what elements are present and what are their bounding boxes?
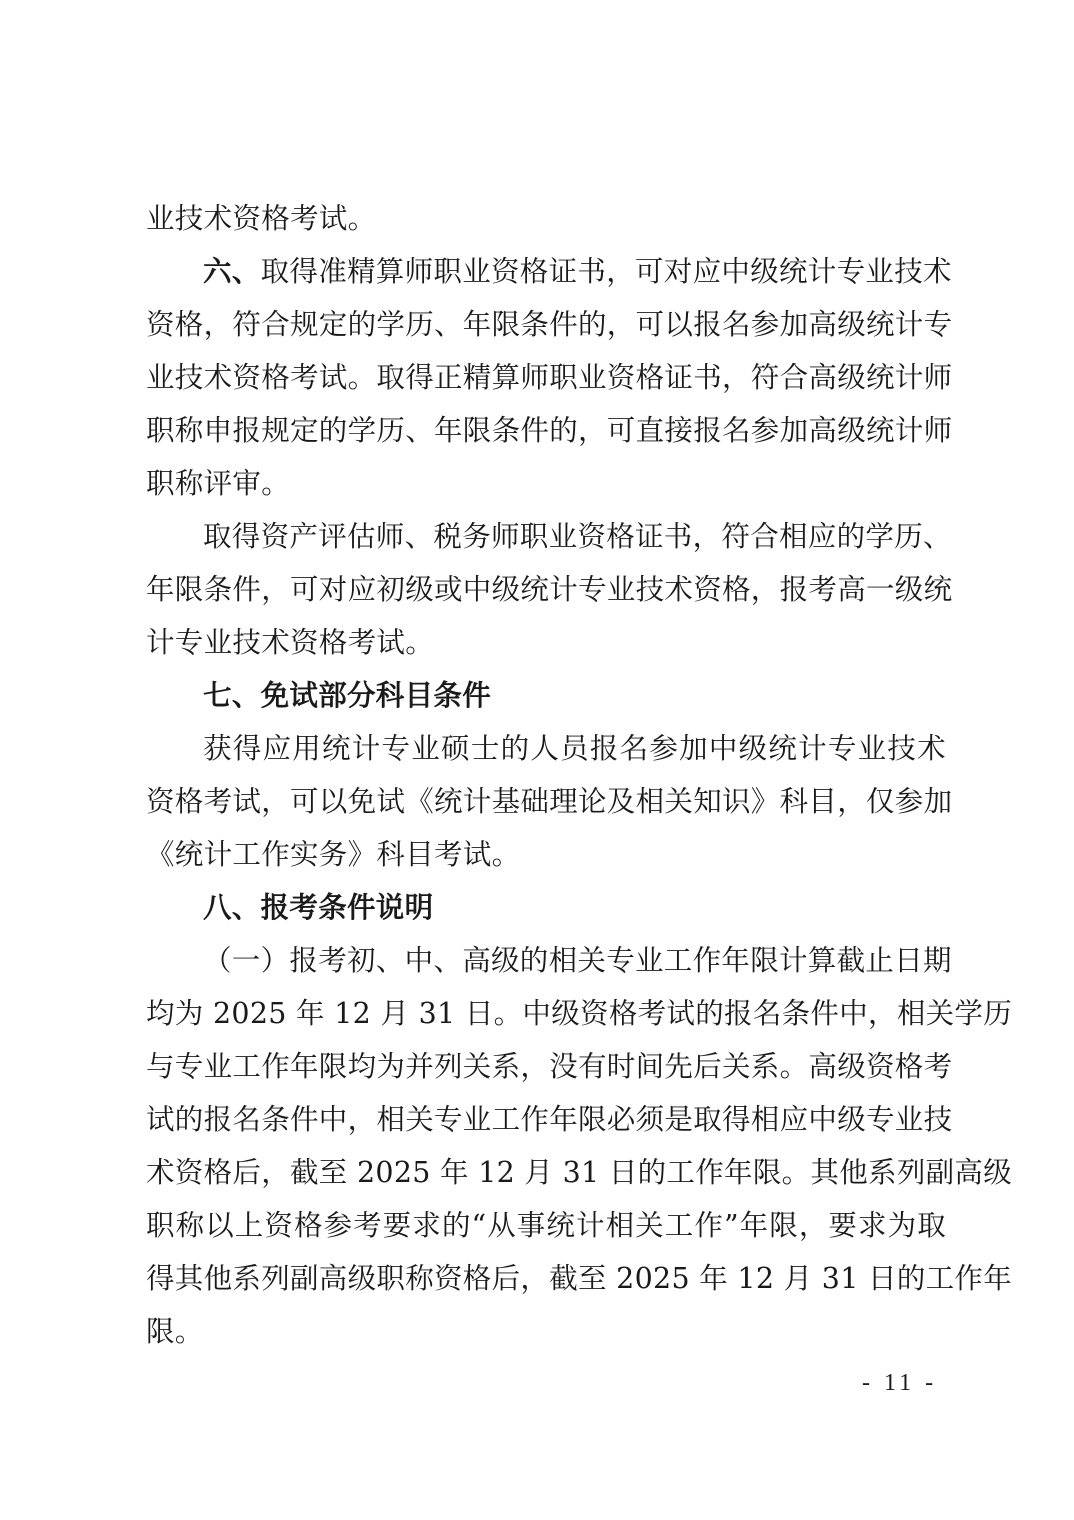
text-line: 获得应用统计专业硕士的人员报名参加中级统计专业技术: [203, 731, 946, 767]
text-line: 职称申报规定的学历、年限条件的，可直接报名参加高级统计师: [146, 413, 946, 449]
text-line: 年限条件，可对应初级或中级统计专业技术资格，报考高一级统: [146, 572, 946, 608]
section-heading-7: 七、免试部分科目条件: [203, 678, 946, 714]
text-line: 业技术资格考试。: [146, 201, 946, 237]
text-line: 《统计工作实务》科目考试。: [146, 837, 946, 873]
text-line: 试的报名条件中，相关专业工作年限必须是取得相应中级专业技: [146, 1102, 946, 1138]
text-line: 资格，符合规定的学历、年限条件的，可以报名参加高级统计专: [146, 307, 946, 343]
text-line: （一）报考初、中、高级的相关专业工作年限计算截止日期: [203, 943, 946, 979]
text-line-content: 取得准精算师职业资格证书，可对应中级统计专业技术: [261, 255, 952, 288]
text-line: 取得资产评估师、税务师职业资格证书，符合相应的学历、: [203, 519, 946, 555]
text-line: 限。: [146, 1314, 946, 1350]
text-line: 得其他系列副高级职称资格后，截至 2025 年 12 月 31 日的工作年: [146, 1261, 946, 1297]
text-line: 术资格后，截至 2025 年 12 月 31 日的工作年限。其他系列副高级: [146, 1155, 946, 1191]
text-line: 与专业工作年限均为并列关系，没有时间先后关系。高级资格考: [146, 1049, 946, 1085]
document-page: 业技术资格考试。 六、取得准精算师职业资格证书，可对应中级统计专业技术 资格，符…: [0, 0, 1074, 1520]
text-line: 计专业技术资格考试。: [146, 625, 946, 661]
text-line: 职称评审。: [146, 466, 946, 502]
text-line: 职称以上资格参考要求的“从事统计相关工作”年限，要求为取: [146, 1208, 946, 1244]
text-line: 资格考试，可以免试《统计基础理论及相关知识》科目，仅参加: [146, 784, 946, 820]
section-heading-8: 八、报考条件说明: [203, 890, 946, 926]
section-number: 六、: [203, 255, 261, 288]
text-line: 六、取得准精算师职业资格证书，可对应中级统计专业技术: [203, 254, 946, 290]
text-line: 业技术资格考试。取得正精算师职业资格证书，符合高级统计师: [146, 360, 946, 396]
text-line: 均为 2025 年 12 月 31 日。中级资格考试的报名条件中，相关学历: [146, 996, 946, 1032]
page-number: - 11 -: [862, 1368, 937, 1398]
